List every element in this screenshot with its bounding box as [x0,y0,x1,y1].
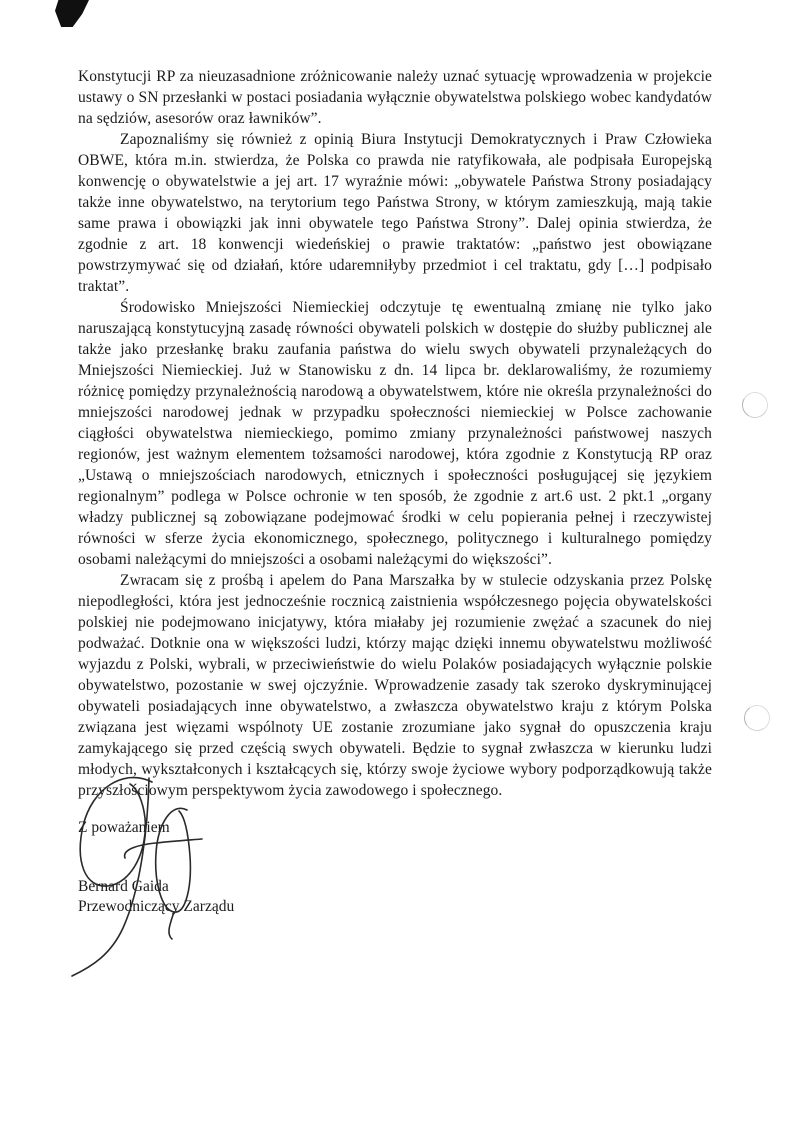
closing-salutation: Z poważaniem [78,817,170,838]
ring-scan-mark-upper [739,389,771,421]
scanned-letter-page: Konstytucji RP za nieuzasadnione zróżnic… [0,0,789,1130]
paragraph-constitution: Konstytucji RP za nieuzasadnione zróżnic… [78,66,712,129]
signer-block: Bernard Gaida Przewodniczący Zarządu [78,877,234,917]
paragraph-odihr-opinion: Zapoznaliśmy się również z opinią Biura … [78,129,712,297]
signer-name: Bernard Gaida [78,877,234,897]
letter-body: Konstytucji RP za nieuzasadnione zróżnic… [78,66,712,801]
ring-scan-mark-lower [742,703,772,733]
paragraph-appeal: Zwracam się z prośbą i apelem do Pana Ma… [78,570,712,801]
signer-title: Przewodniczący Zarządu [78,897,234,917]
paragraph-german-minority: Środowisko Mniejszości Niemieckiej odczy… [78,297,712,570]
corner-scan-artifact [55,0,89,27]
